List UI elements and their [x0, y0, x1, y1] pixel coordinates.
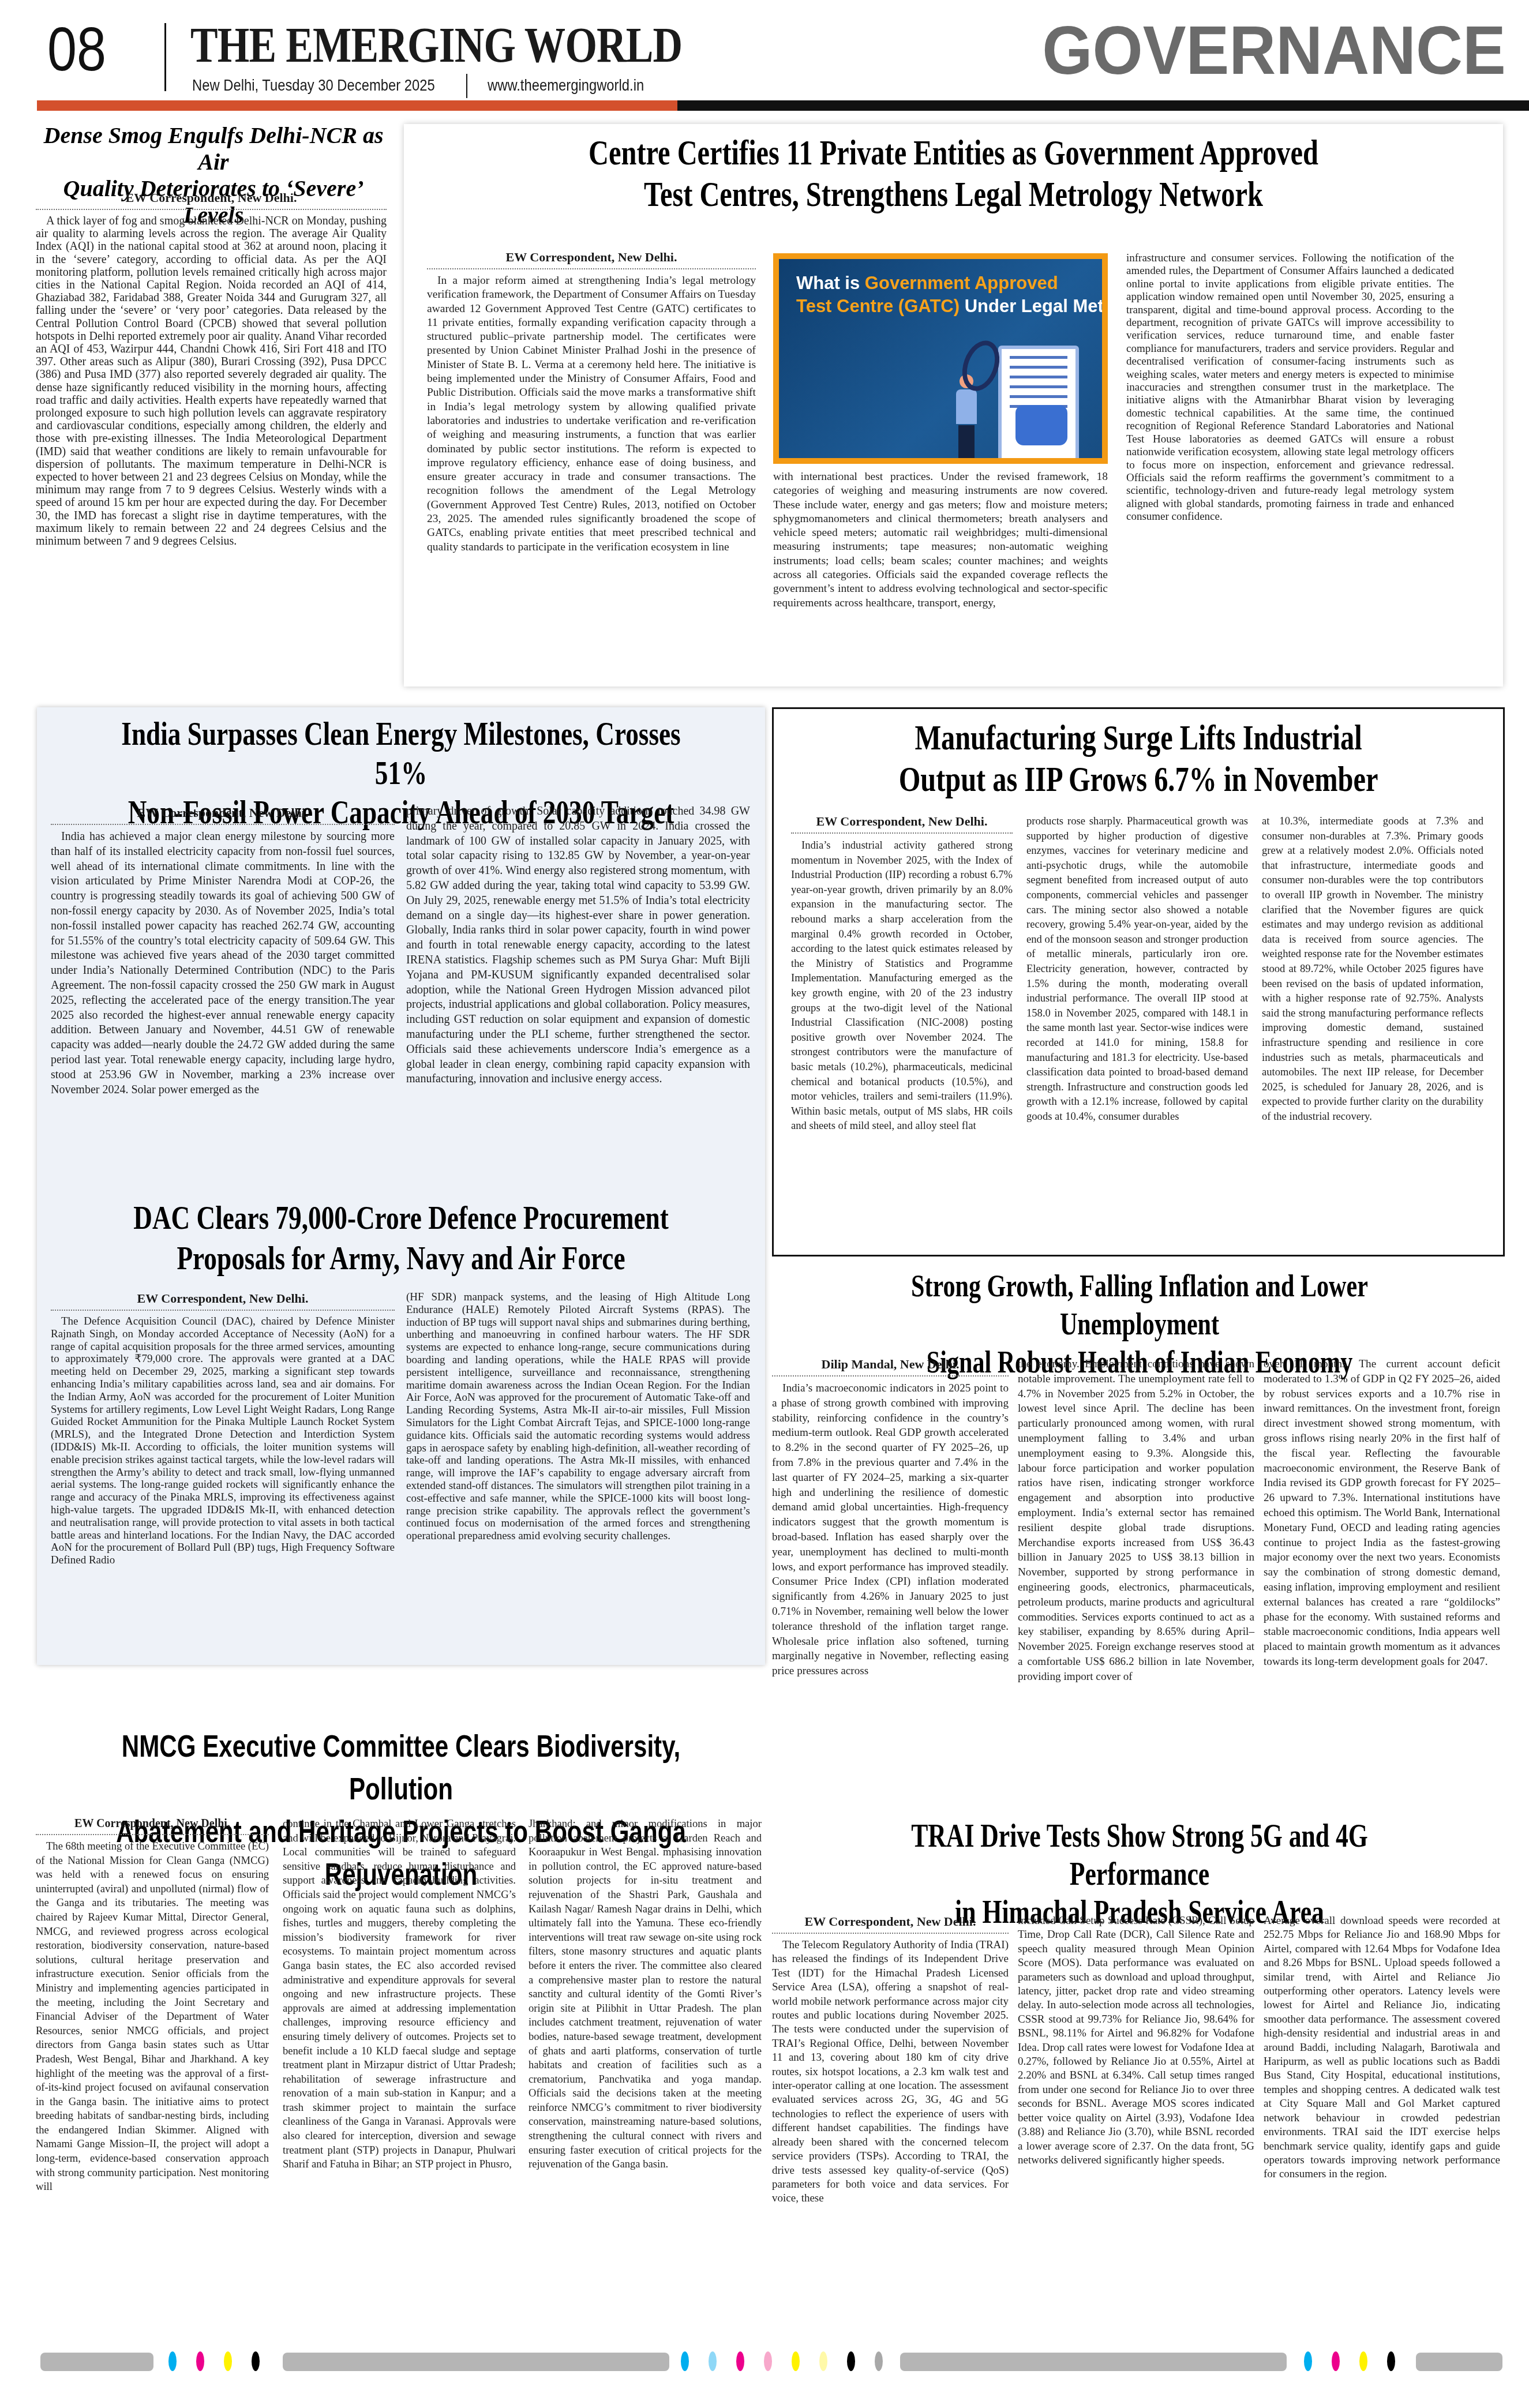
- article-body-col3: at 10.3%, intermediate goods at 7.3% and…: [1262, 814, 1483, 1124]
- article-body-col3: infrastructure and consumer services. Fo…: [1126, 252, 1454, 524]
- article-body-col3: Average overall download speeds were rec…: [1264, 1914, 1500, 2182]
- article-body-col2: the economy. Employment conditions have …: [1018, 1357, 1254, 1685]
- article-body-col1: India’s industrial activity gathered str…: [791, 838, 1013, 1134]
- grey-bar: [283, 2353, 669, 2371]
- article-body-col1: In a major reform aimed at strengthening…: [427, 274, 756, 554]
- byline: EW Correspondent, New Delhi.: [51, 1291, 395, 1311]
- black-bar: [677, 100, 1529, 111]
- light-yellow-mark: [819, 2351, 827, 2371]
- black-mark: [847, 2351, 855, 2371]
- article-body-col2: continue in the Chambal and Lower Ganga …: [283, 1817, 516, 2172]
- light-cyan-mark: [709, 2351, 717, 2371]
- headline-line: Centre Certifies 11 Private Entities as …: [525, 132, 1382, 174]
- print-color-strip: [0, 2349, 1529, 2372]
- article-body-col2: products rose sharply. Pharmaceutical gr…: [1026, 814, 1248, 1124]
- article-body-col2: included Call Setup Success Rate (CSSR),…: [1018, 1914, 1254, 2167]
- article-body-col1: The 68th meeting of the Executive Commit…: [36, 1840, 269, 2195]
- light-magenta-mark: [764, 2351, 772, 2371]
- yellow-mark: [792, 2351, 800, 2371]
- gatc-infographic: What is Government Approved Test Centre …: [773, 253, 1108, 464]
- headline-line: DAC Clears 79,000-Crore Defence Procurem…: [117, 1198, 685, 1238]
- headline-line: TRAI Drive Tests Show Strong 5G and 4G P…: [849, 1817, 1430, 1893]
- byline: Dilip Mandal, New Delhi.: [772, 1357, 1009, 1376]
- gavel-icon: [1015, 405, 1067, 445]
- grey-bar: [900, 2353, 1287, 2371]
- dateline-divider: [466, 74, 467, 98]
- headline-line: Strong Growth, Falling Inflation and Low…: [849, 1267, 1430, 1343]
- infographic-title: What is Government Approved Test Centre …: [796, 272, 1102, 318]
- article-body-col1: The Defence Acquisition Council (DAC), c…: [51, 1315, 395, 1567]
- article-body-col1: India’s macroeconomic indicators in 2025…: [772, 1381, 1009, 1679]
- headline[interactable]: Centre Certifies 11 Private Entities as …: [404, 132, 1503, 215]
- headline-line: India Surpasses Clean Energy Milestones,…: [117, 714, 685, 793]
- headline-line: Manufacturing Surge Lifts Industrial: [854, 717, 1423, 759]
- black-mark: [252, 2351, 260, 2371]
- headline[interactable]: DAC Clears 79,000-Crore Defence Procurem…: [37, 1198, 765, 1278]
- byline: EW Correspondent, New Delhi.: [772, 1914, 1009, 1934]
- article-body-col3: over 11 months. The current account defi…: [1264, 1357, 1500, 1670]
- headline-line: Test Centres, Strengthens Legal Metrolog…: [525, 174, 1382, 215]
- magenta-mark: [736, 2351, 744, 2371]
- headline-line: Dense Smog Engulfs Delhi-NCR as Air: [35, 122, 392, 175]
- article-body-col1: The Telecom Regulatory Authority of Indi…: [772, 1938, 1009, 2206]
- black-mark: [1387, 2351, 1395, 2371]
- article-body-col2: (HF SDR) manpack systems, and the leasin…: [406, 1291, 750, 1543]
- article-body-col2: primary driver of growth. Solar capacity…: [406, 804, 750, 1087]
- magenta-mark: [196, 2351, 204, 2371]
- article-body-col1: India has achieved a major clean energy …: [51, 830, 395, 1097]
- article-body: A thick layer of fog and smog blanketed …: [36, 215, 387, 547]
- article-body-col3: Jharkhand; and minor modifications in ma…: [529, 1817, 762, 2172]
- cyan-mark: [1304, 2351, 1312, 2371]
- magenta-mark: [1332, 2351, 1340, 2371]
- byline: EW Correspondent, New Delhi.: [51, 805, 395, 825]
- panel-energy-defence: India Surpasses Clean Energy Milestones,…: [37, 707, 765, 1665]
- yellow-mark: [224, 2351, 232, 2371]
- section-label: GOVERNANCE: [1043, 16, 1506, 85]
- headline[interactable]: Manufacturing Surge Lifts Industrial Out…: [774, 717, 1503, 800]
- byline: EW Correspondent, New Delhi.: [36, 190, 387, 210]
- headline-line: Output as IIP Grows 6.7% in November: [854, 759, 1423, 800]
- website-link[interactable]: www.theemergingworld.in: [488, 76, 644, 95]
- cyan-mark: [681, 2351, 689, 2371]
- page-number: 08: [47, 17, 106, 81]
- headline-line: Proposals for Army, Navy and Air Force: [117, 1238, 685, 1278]
- grey-bar: [40, 2353, 153, 2371]
- article-body-col2: with international best practices. Under…: [773, 470, 1108, 610]
- byline: EW Correspondent, New Delhi.: [427, 250, 756, 269]
- newspaper-title: THE EMERGING WORLD: [190, 17, 682, 73]
- byline: EW Correspondent, New Delhi.: [791, 814, 1013, 834]
- cyan-mark: [168, 2351, 177, 2371]
- headline-line: NMCG Executive Committee Clears Biodiver…: [115, 1725, 687, 1810]
- grey-mark: [875, 2351, 883, 2371]
- masthead-divider: [164, 23, 166, 91]
- yellow-mark: [1359, 2351, 1367, 2371]
- article-gatc: Centre Certifies 11 Private Entities as …: [404, 124, 1503, 687]
- dateline: New Delhi, Tuesday 30 December 2025: [192, 76, 435, 95]
- byline: EW Correspondent, New Delhi.: [36, 1817, 269, 1835]
- grey-bar: [1416, 2353, 1502, 2371]
- accent-bar: [37, 100, 677, 111]
- article-iip: Manufacturing Surge Lifts Industrial Out…: [772, 707, 1505, 1256]
